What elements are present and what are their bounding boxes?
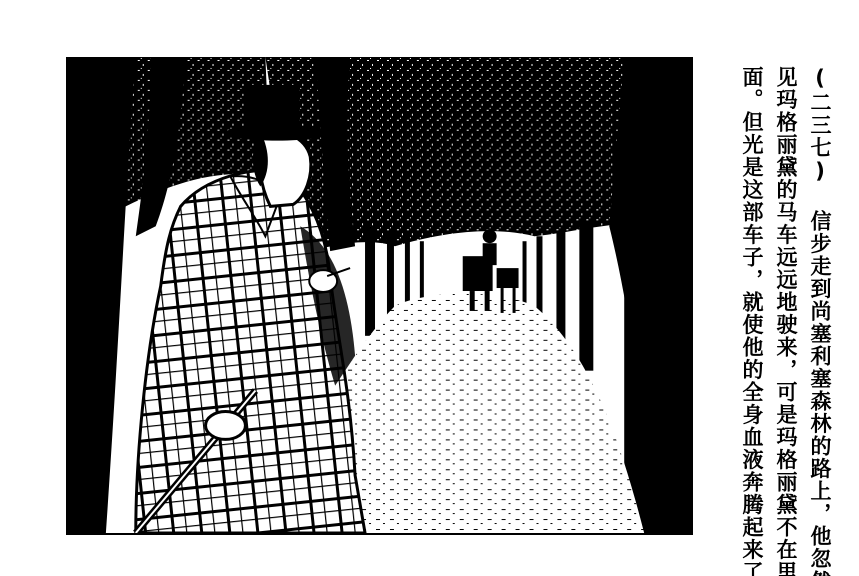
caption-line-3: 面。但光是这部车子，就使他的全身血液奔腾起来了。 [735, 66, 769, 546]
comic-page: (二三七) 信步走到尚塞利塞森林的路上，他忽然看 见玛格丽黛的马车远远地驶来，可… [0, 0, 859, 576]
caption-text: (二三七) 信步走到尚塞利塞森林的路上，他忽然看 见玛格丽黛的马车远远地驶来，可… [735, 66, 837, 546]
caption-line-2: 见玛格丽黛的马车远远地驶来，可是玛格丽黛不在里 [769, 66, 803, 546]
illustration-panel [66, 57, 693, 535]
caption-line-1: (二三七) 信步走到尚塞利塞森林的路上，他忽然看 [803, 66, 837, 546]
forest-illustration [66, 57, 691, 533]
lower-hand [206, 412, 246, 440]
